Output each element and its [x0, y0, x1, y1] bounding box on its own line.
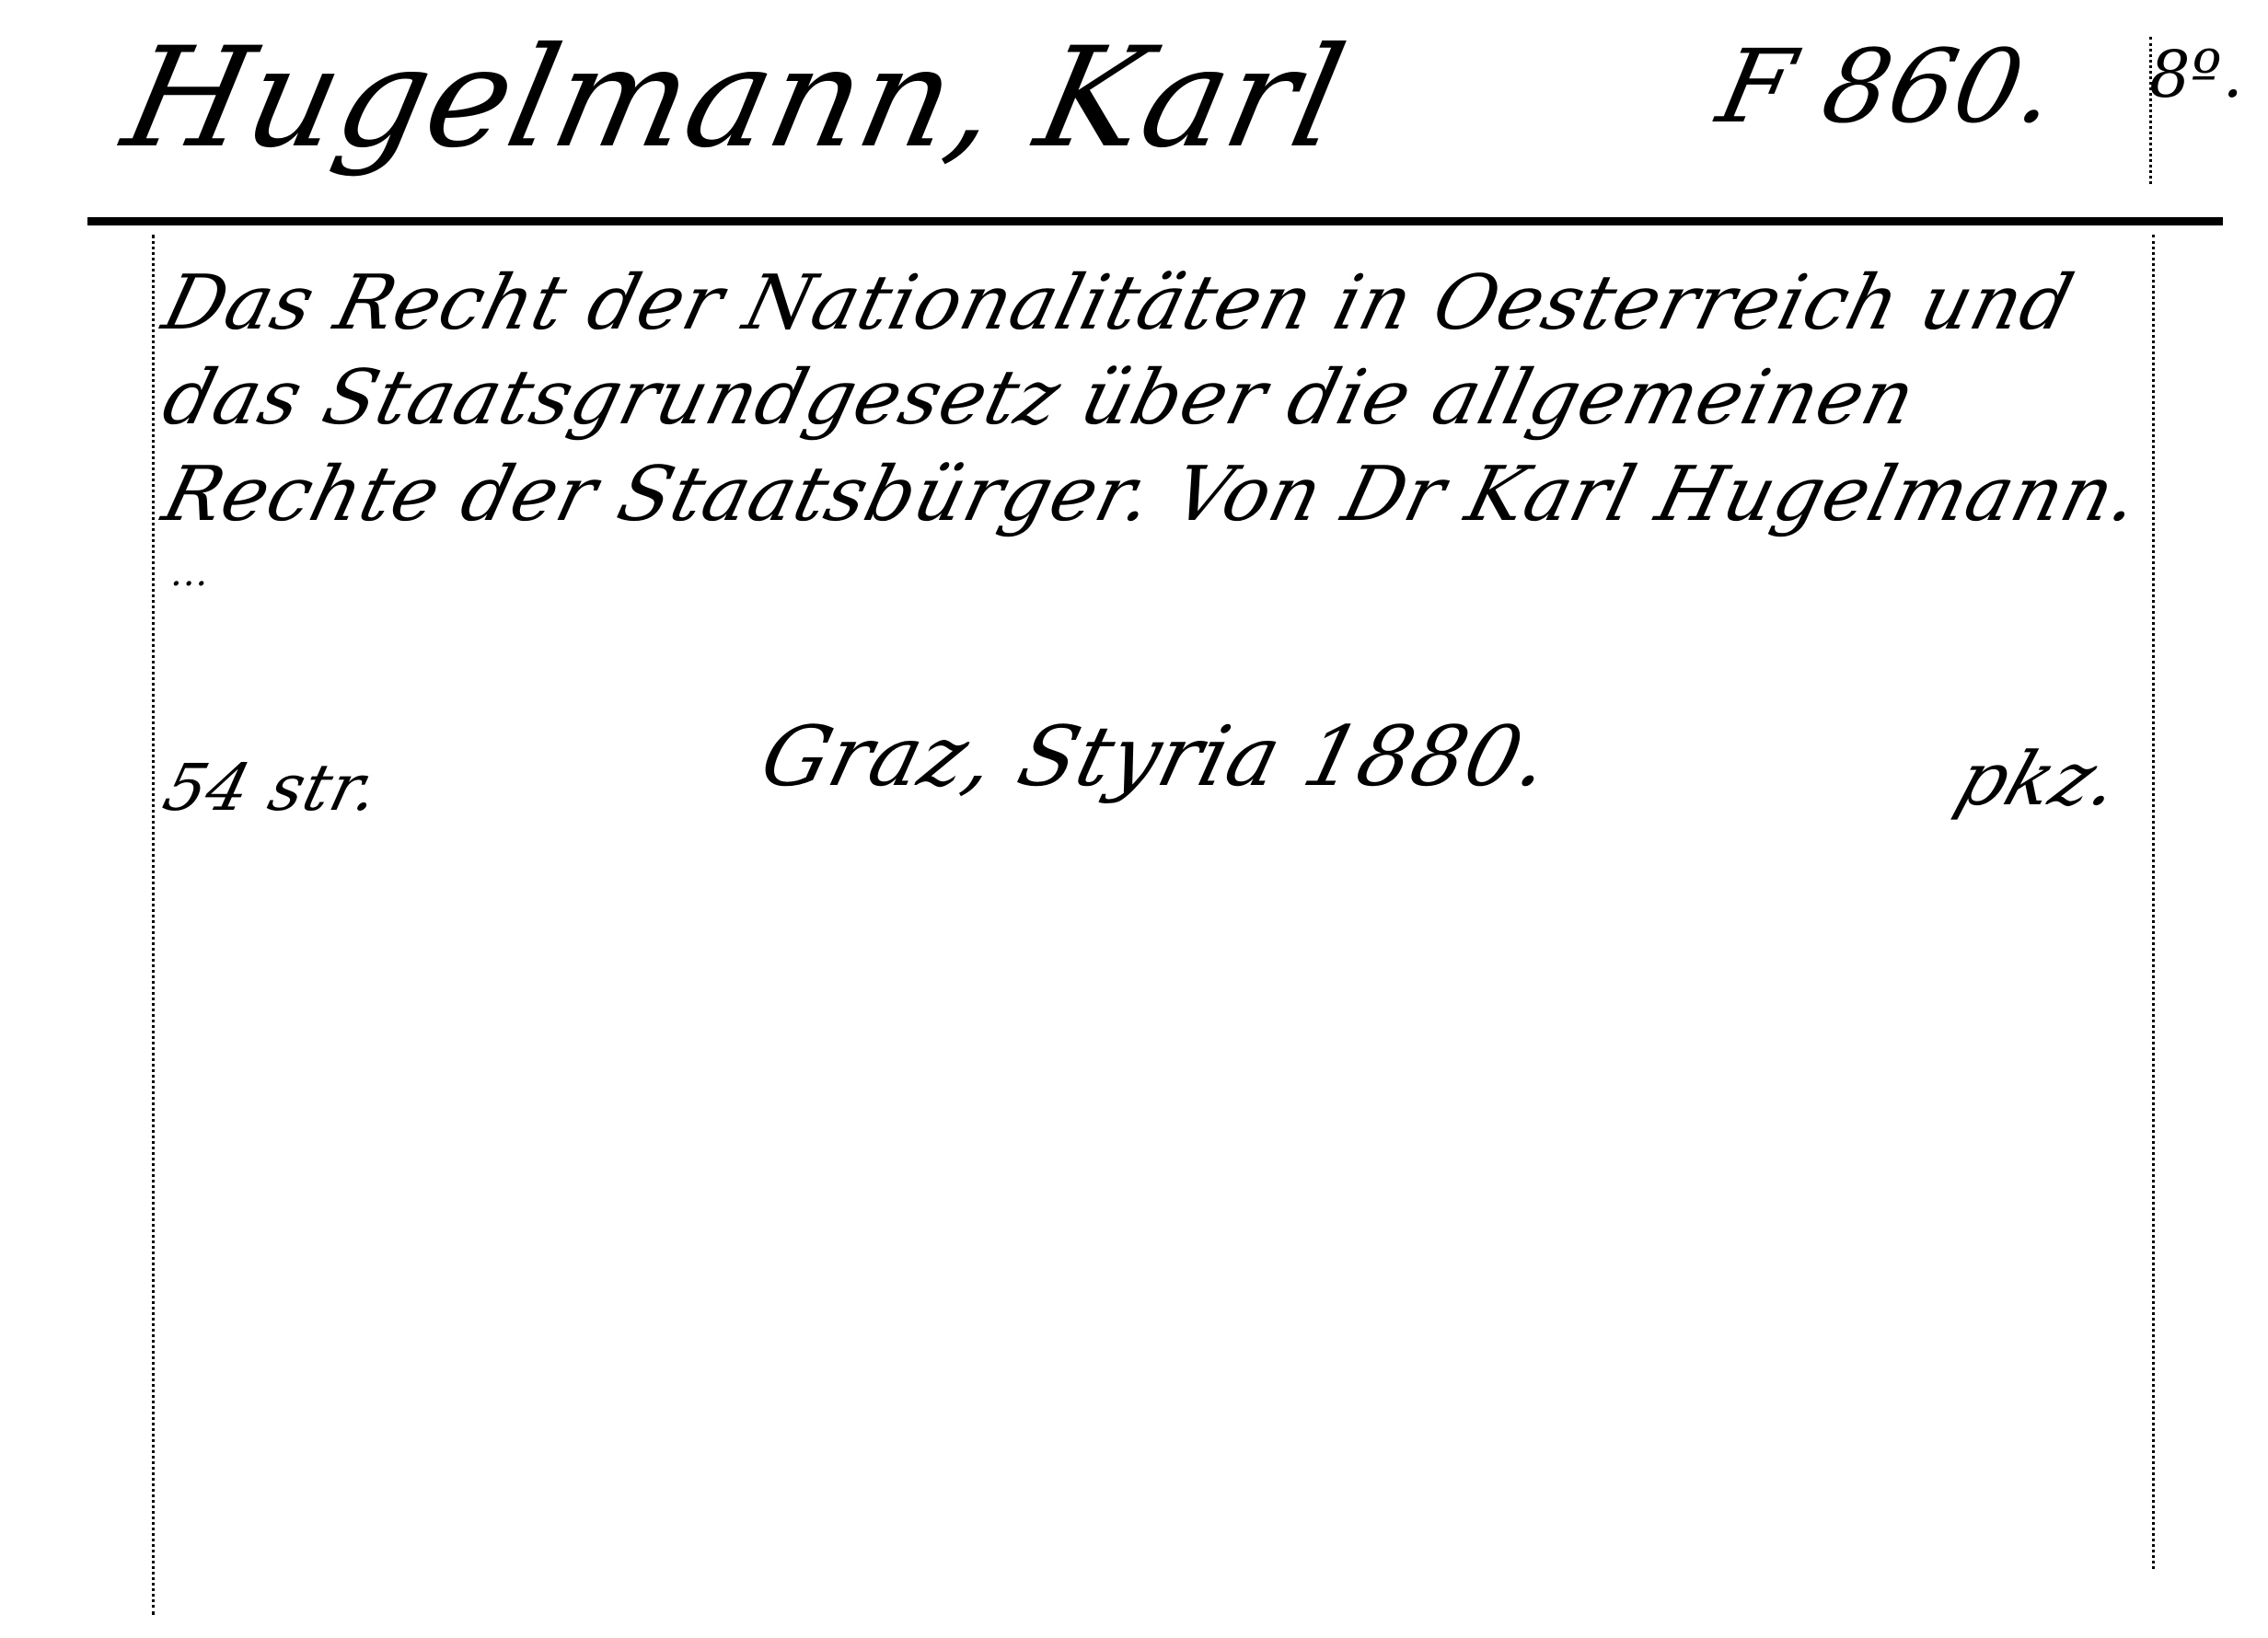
right-margin-dotted-line — [2152, 235, 2155, 1569]
page-count: 54 str. — [156, 750, 388, 825]
cataloger-initials: pkz. — [1947, 736, 2132, 822]
title-line-2: das Staatsgrundgesetz über die allgemein… — [155, 354, 1924, 442]
card-heading-author: Hugelmann, Karl — [112, 18, 1359, 179]
title-line-3: Rechte der Staatsbürger. Von Dr Karl Hug… — [155, 451, 2148, 538]
title-line-1-text: Das Recht der Nationalitäten in Oesterre… — [155, 260, 2082, 347]
left-margin-dotted-line — [152, 235, 155, 1615]
call-number: F 860. — [1708, 28, 2066, 145]
title-line-1: Das Recht der Nationalitäten in Oesterre… — [155, 260, 2082, 347]
format-size: 8º. — [2149, 37, 2244, 112]
imprint: Graz, Styria 1880. — [752, 709, 1560, 805]
ellipsis-mark: ... — [170, 552, 208, 594]
heading-rule — [87, 217, 2223, 225]
